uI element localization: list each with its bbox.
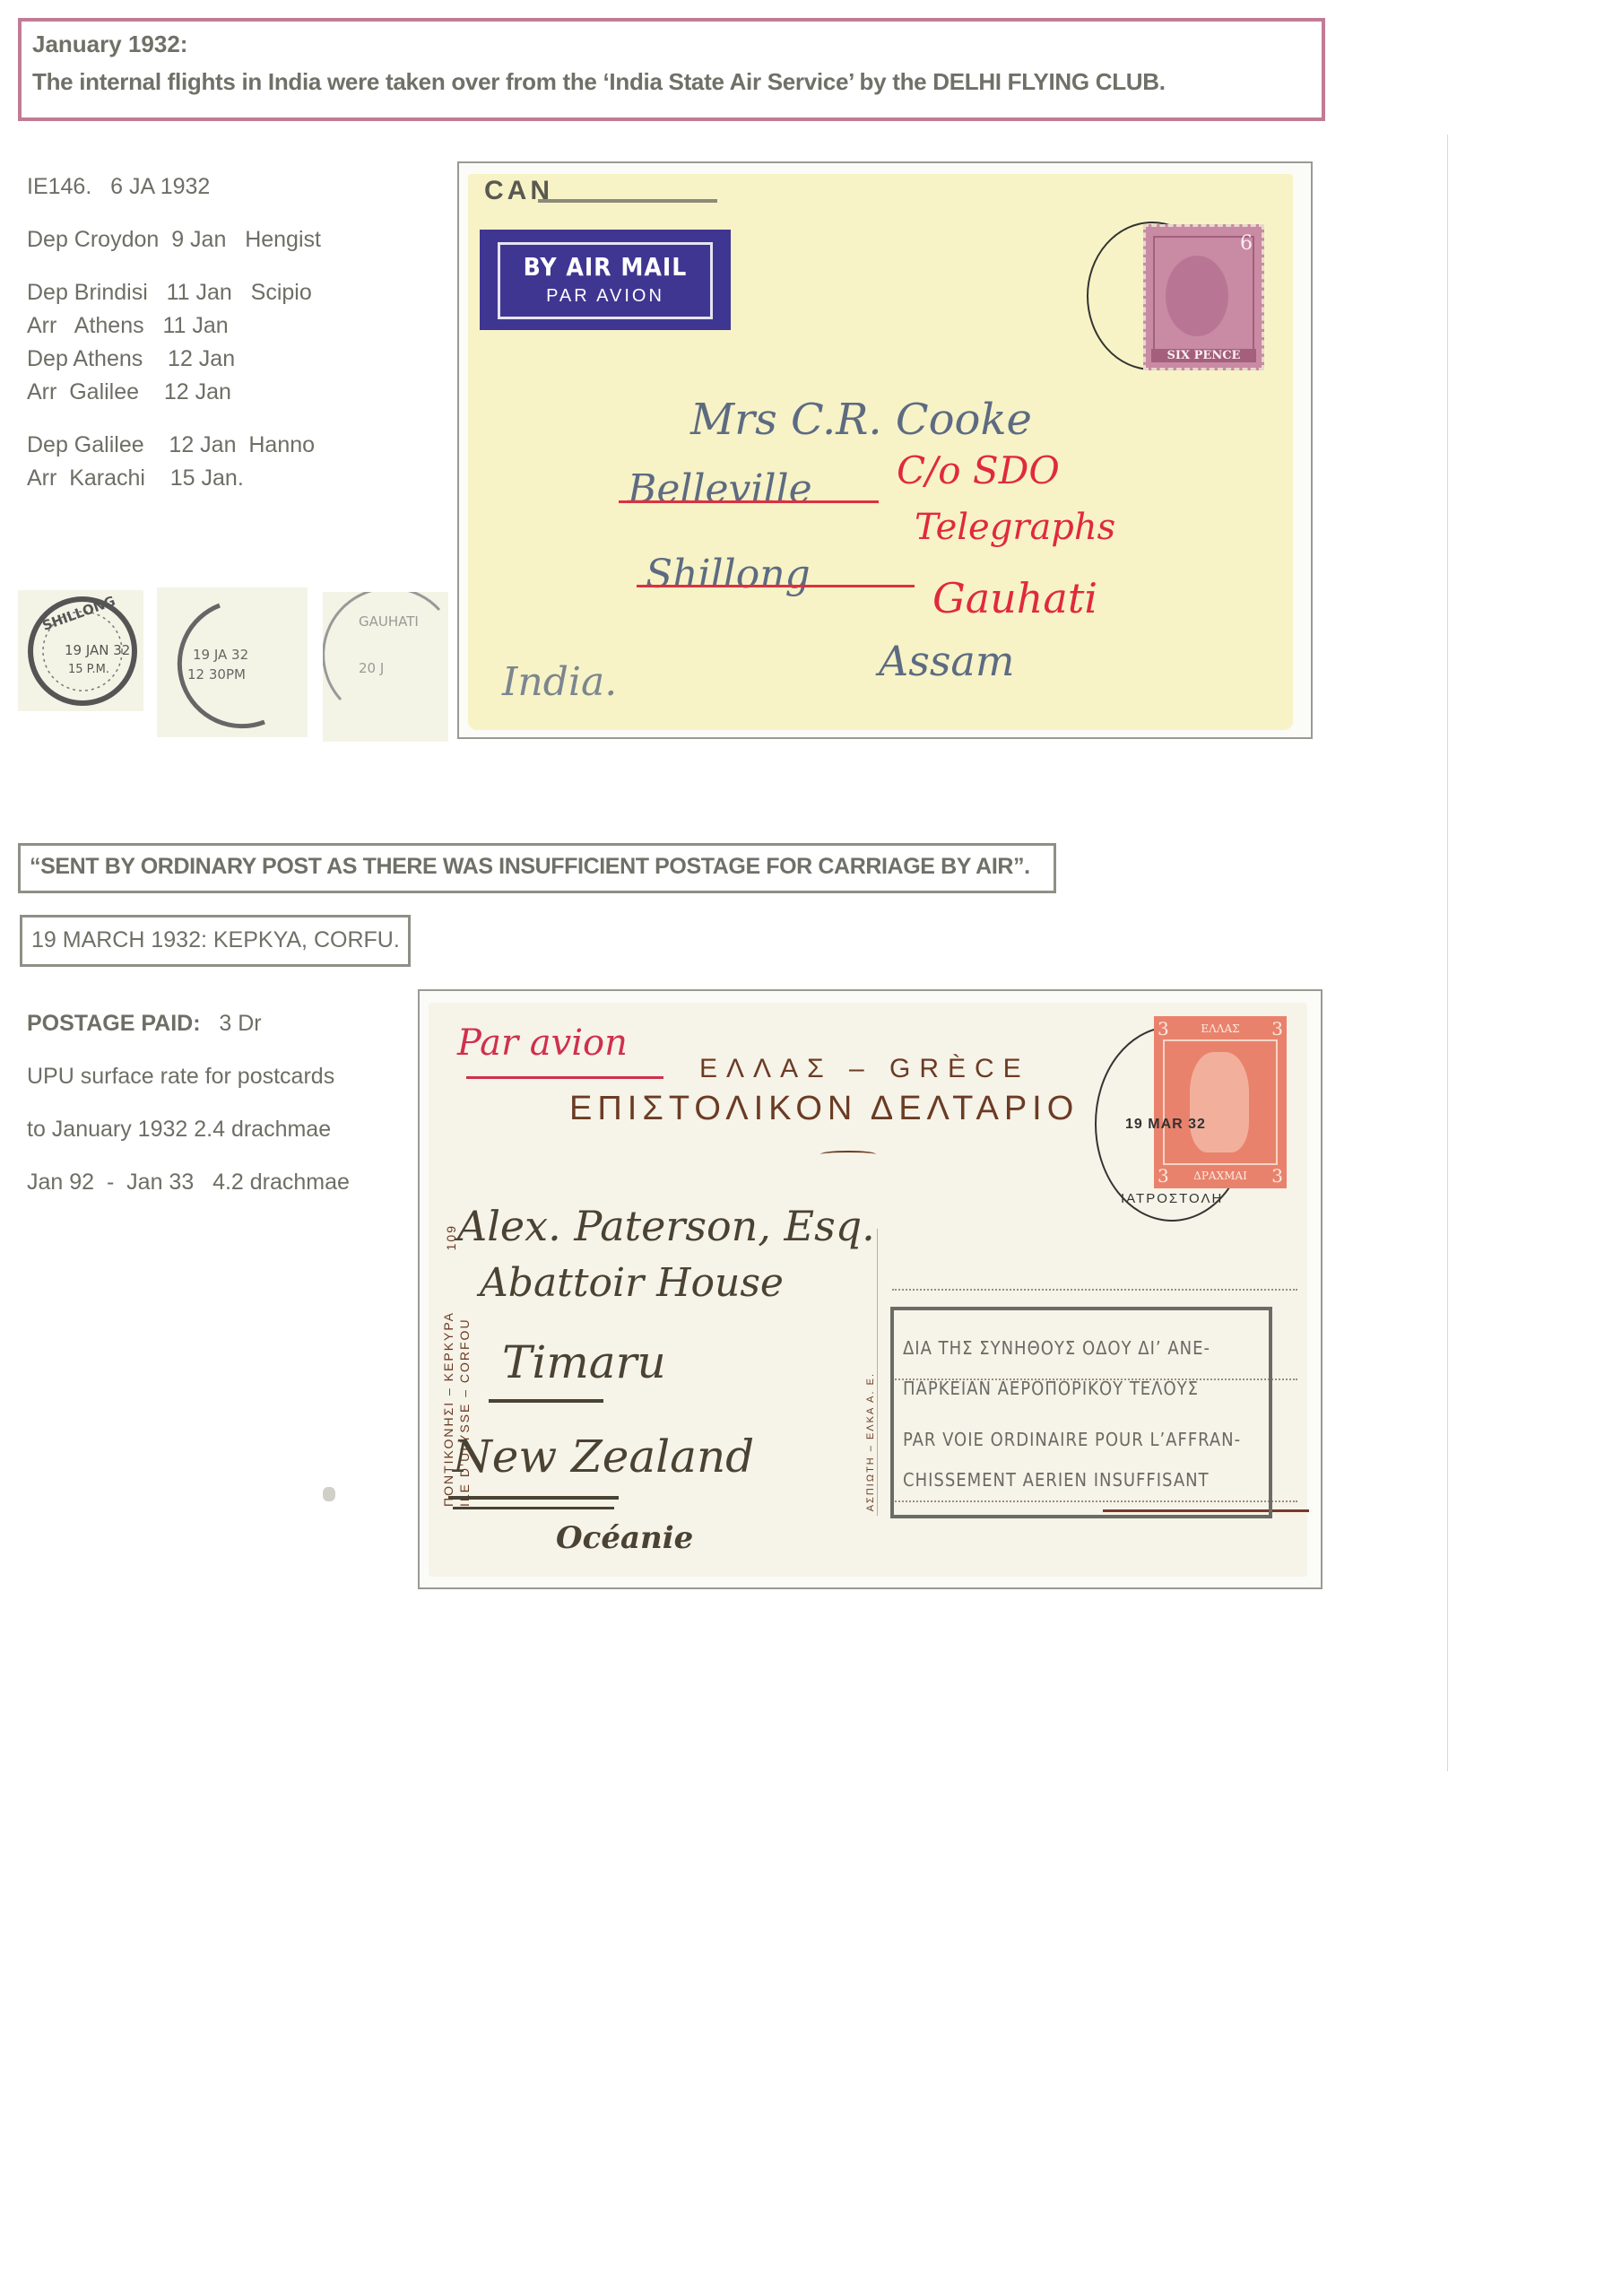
flight-leg: Arr Athens 11 Jan (27, 309, 321, 343)
address-struck-line2: Shillong (646, 552, 811, 597)
paper-speck (323, 1487, 335, 1501)
insufficient-postage-cachet: ΔΙΑ ТΗΣ ΣΥΝΗΘΟΥΣ ΟΔΟΥ ΔΙ’ ΑΝΕ- ΠΑΡΚΕΙΑΝ … (890, 1307, 1272, 1518)
cancel-lines (538, 199, 717, 203)
header-title: January 1932: (32, 30, 187, 58)
ornament (820, 1151, 876, 1158)
postmark-thumbnail-transit: 19 JA 32 12 30PM (157, 587, 308, 737)
postcard-publisher: ΑΣΠΙΩΤΗ – ΕΛΚΑ Α. Ε. (865, 1372, 876, 1511)
gb-sixpence-stamp: 6 SIX PENCE (1143, 224, 1264, 370)
city-underline (489, 1399, 603, 1403)
cachet-line: PAR VOIE ORDINAIRE POUR L’AFFRAN- (903, 1429, 1262, 1450)
redirect-line1: C/o SDO (897, 448, 1060, 492)
postmark-thumbnail-gauhati: GAUHATI 20 J (323, 592, 448, 742)
cachet-line: ΔΙΑ ТΗΣ ΣΥΝΗΘΟΥΣ ΟΔΟΥ ΔΙ’ ΑΝΕ- (903, 1337, 1262, 1359)
country-underline (448, 1496, 619, 1500)
postcard-title: ΕΠΙΣΤΟΛΙΚΟΝ ΔΕΛΤΑΡΙΟ (569, 1090, 1079, 1128)
svg-text:19 JAN 32: 19 JAN 32 (65, 642, 130, 658)
postmark-thumbnail-shillong: SHILLONG 19 JAN 32 15 P.M. (18, 590, 143, 711)
airmail-label-line2: PAR AVION (500, 286, 710, 307)
page-margin-line (1447, 135, 1448, 1771)
svg-text:15 P.M.: 15 P.M. (68, 663, 109, 676)
postcard-address-region: Océanie (556, 1520, 693, 1556)
upu-rate-line: UPU surface rate for postcards (27, 1050, 350, 1103)
king-portrait (1166, 256, 1228, 336)
postcard-divider (877, 1229, 878, 1516)
svg-text:19 JA 32: 19 JA 32 (193, 647, 248, 663)
upu-rate-line: to January 1932 2.4 drachmae (27, 1103, 350, 1156)
header-box: January 1932: The internal flights in In… (18, 18, 1325, 121)
postcard-address-line: Abattoir House (480, 1260, 784, 1306)
quote-text: “SENT BY ORDINARY POST AS THERE WAS INSU… (30, 854, 1030, 880)
airmail-label: BY AIR MAIL PAR AVION (480, 230, 731, 330)
redirect-line2: Telegraphs (915, 507, 1115, 548)
postcard-postmark-text: ΙΑΤΡΟΣΤΟΛΗ (1121, 1191, 1223, 1206)
postcard-title-country: ΕΛΛΑΣ – GRÈCE (699, 1054, 1030, 1084)
postage-notes: POSTAGE PAID: 3 Dr UPU surface rate for … (27, 997, 350, 1209)
address-line (892, 1289, 1297, 1291)
par-avion-annotation: Par avion (457, 1022, 628, 1064)
flight-leg: Arr Karachi 15 Jan. (27, 462, 321, 495)
annotation-underline (466, 1076, 663, 1079)
date-place-box: 19 MARCH 1932: KEPKYA, CORFU. (20, 915, 411, 967)
svg-text:12 30PM: 12 30PM (187, 666, 246, 683)
quote-box: “SENT BY ORDINARY POST AS THERE WAS INSU… (18, 843, 1056, 893)
airmail-label-line1: BY AIR MAIL (500, 252, 710, 282)
date-place-text: 19 MARCH 1932: KEPKYA, CORFU. (31, 927, 400, 953)
flight-notes: IE146. 6 JA 1932 Dep Croydon 9 Jan Hengi… (27, 170, 321, 495)
flight-leg: Dep Athens 12 Jan (27, 343, 321, 376)
postcard-address-country: New Zealand (453, 1431, 754, 1483)
country-underline-2 (453, 1507, 614, 1509)
postage-label: POSTAGE PAID: (27, 1011, 201, 1036)
postcard-number: 109 (444, 1224, 458, 1250)
upu-rate-line: Jan 92 - Jan 33 4.2 drachmae (27, 1156, 350, 1209)
postcard-addressee: Alex. Paterson, Esq. (457, 1202, 875, 1250)
svg-text:GAUHATI: GAUHATI (359, 613, 419, 630)
greek-hermes-stamp: 3ΕΛΛΑΣ3 3ΔΡΑΧΜΑΙ3 (1154, 1016, 1287, 1188)
svg-text:20 J: 20 J (359, 660, 384, 676)
address-region: Assam (879, 637, 1014, 685)
flight-leg: Dep Brindisi 11 Jan Scipio (27, 276, 321, 309)
postcard-postmark-date: 19 MAR 32 (1125, 1117, 1206, 1133)
header-text: The internal flights in India were taken… (32, 68, 1166, 96)
postage-value: 3 Dr (219, 1011, 261, 1036)
redirect-line3: Gauhati (932, 574, 1097, 622)
postcard-address-city: Timaru (502, 1336, 666, 1388)
address-struck-line1: Belleville (628, 466, 812, 512)
addressee-name: Mrs C.R. Cooke (690, 395, 1032, 445)
cachet-line: CHISSEMENT AERIEN INSUFFISANT (903, 1469, 1262, 1491)
strikethrough (637, 585, 915, 587)
flight-leg: Dep Galilee 12 Jan Hanno (27, 429, 321, 462)
cachet-line: ΠΑΡΚΕΙΑΝ ΑΕΡΟΠΟΡΙΚΟΥ ΤΕΛΟΥΣ (903, 1378, 1262, 1399)
flight-leg: Arr Galilee 12 Jan (27, 376, 321, 409)
hermes-figure (1190, 1052, 1249, 1152)
flight-leg: Dep Croydon 9 Jan Hengist (27, 223, 321, 257)
cover-reference: IE146. 6 JA 1932 (27, 170, 321, 204)
address-country: India. (502, 659, 617, 705)
strikethrough (619, 500, 879, 503)
